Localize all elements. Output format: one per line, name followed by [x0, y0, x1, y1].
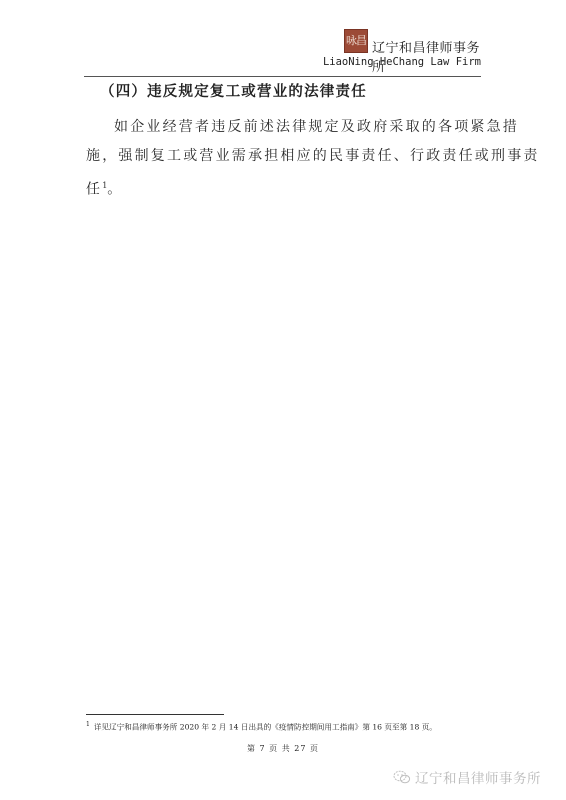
firm-name-english: LiaoNing HeChang Law Firm [323, 56, 481, 68]
paragraph-line-2: 施，强制复工或营业需承担相应的民事责任、行政责任或刑事责 [86, 142, 484, 171]
footnote-text: 详见辽宁和昌律师事务所 2020 年 2 月 14 日出具的《疫情防控期间用工指… [94, 723, 437, 732]
firm-logo: 咏昌 [344, 29, 368, 53]
wechat-icon [393, 770, 411, 784]
footnote-divider [86, 714, 224, 715]
paragraph-line-1: 如企业经营者违反前述法律规定及政府采取的各项紧急措 [86, 113, 484, 142]
paragraph-line-3: 任1。 [86, 171, 484, 205]
page-number: 第 7 页 共 27 页 [0, 743, 566, 754]
watermark-text: 辽宁和昌律师事务所 [415, 767, 541, 787]
footnote-marker: 1 [86, 721, 90, 728]
header-divider [84, 76, 481, 77]
footnote: 1详见辽宁和昌律师事务所 2020 年 2 月 14 日出具的《疫情防控期间用工… [86, 721, 437, 733]
body-paragraph: 如企业经营者违反前述法律规定及政府采取的各项紧急措 施，强制复工或营业需承担相应… [86, 113, 484, 205]
paragraph-line-3-text: 任 [86, 182, 102, 198]
paragraph-line-3-end: 。 [107, 182, 123, 198]
section-heading: （四）违反规定复工或营业的法律责任 [100, 80, 367, 101]
page-header: 咏昌 辽宁和昌律师事务所 LiaoNing HeChang Law Firm [84, 26, 481, 78]
wechat-watermark: 辽宁和昌律师事务所 [393, 767, 541, 787]
